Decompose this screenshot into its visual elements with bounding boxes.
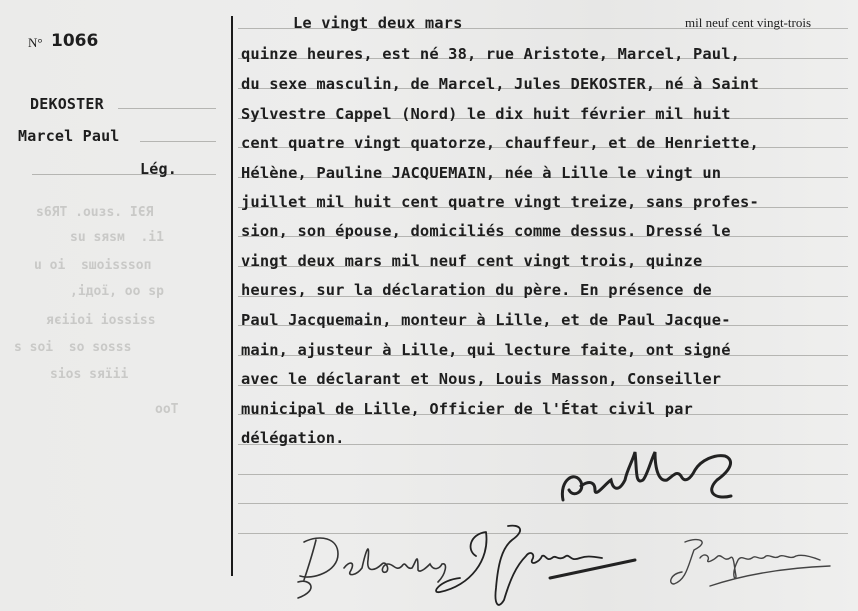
witness-1-signature: [436, 526, 635, 605]
column-divider: [231, 16, 233, 576]
body-line: vingt deux mars mil neuf cent vingt troi…: [241, 252, 702, 270]
body-line: Paul Jacquemain, monteur à Lille, et de …: [241, 311, 731, 329]
record-date: Le vingt deux mars: [293, 14, 463, 32]
margin-ruled-line: [118, 108, 216, 109]
margin-note: Lég.: [140, 160, 177, 178]
witness-2-signature: [671, 540, 830, 586]
body-line: du sexe masculin, de Marcel, Jules DEKOS…: [241, 75, 759, 93]
record-number: 1066: [51, 31, 98, 51]
officer-signature: [555, 440, 765, 510]
body-line: délégation.: [241, 429, 345, 447]
margin-ruled-line: [140, 141, 216, 142]
declarant-witness-signatures: [290, 520, 850, 610]
declarant-signature: [298, 538, 445, 598]
body-line: avec le déclarant et Nous, Louis Masson,…: [241, 370, 721, 388]
body-line: quinze heures, est né 38, rue Aristote, …: [241, 45, 740, 63]
record-number-label: N°: [28, 35, 43, 51]
body-line: juillet mil huit cent quatre vingt treiz…: [241, 193, 759, 211]
body-line: Hélène, Pauline JACQUEMAIN, née à Lille …: [241, 164, 721, 182]
body-line: heures, sur la déclaration du père. En p…: [241, 281, 712, 299]
body-line: sion, son épouse, domiciliés comme dessu…: [241, 222, 731, 240]
margin-surname: DEKOSTER: [30, 95, 104, 113]
body-line: Sylvestre Cappel (Nord) le dix huit févr…: [241, 105, 731, 123]
margin-ruled-line: [32, 174, 216, 175]
civil-record-page: N° 1066 DEKOSTER Marcel Paul Lég. ѕ6ЯT .…: [0, 0, 858, 611]
body-line: cent quatre vingt quatorze, chauffeur, e…: [241, 134, 759, 152]
body-line: main, ajusteur à Lille, qui lecture fait…: [241, 341, 731, 359]
printed-year: mil neuf cent vingt-trois: [685, 15, 811, 31]
body-line: municipal de Lille, Officier de l'État c…: [241, 400, 693, 418]
margin-given-names: Marcel Paul: [18, 127, 120, 145]
